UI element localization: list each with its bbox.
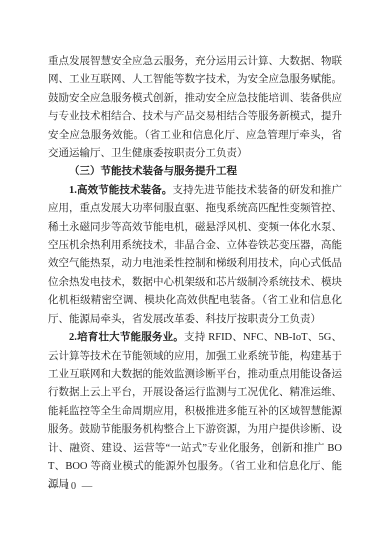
document-page: 重点发展智慧安全应急云服务，充分运用云计算、大数据、物联网、工业互联网、人工智能…	[0, 0, 390, 550]
paragraph-lead-text: 1.高效节能技术装备。	[69, 185, 172, 196]
page-number: — 10 —	[48, 481, 94, 492]
paragraph-text: 重点发展智慧安全应急云服务，充分运用云计算、大数据、物联网、工业互联网、人工智能…	[48, 56, 342, 159]
section-heading-energy-saving-project: （三）节能技术装备与服务提升工程	[48, 163, 342, 181]
paragraph-lead-text: 2.培育壮大节能服务业。	[69, 332, 184, 343]
paragraph-lead-text: （三）节能技术装备与服务提升工程	[69, 166, 237, 177]
page-footer: — 10 —	[48, 481, 94, 492]
paragraph-text: 支持 RFID、NFC、NB-IoT、5G、云计算等技术在节能领域的应用，加强工…	[48, 332, 342, 490]
paragraph-1-high-efficiency-energy-saving-equipment: 1.高效节能技术装备。支持先进节能技术装备的研发和推广应用，重点发展大功率伺服直…	[48, 182, 342, 329]
paragraph-text: 支持先进节能技术装备的研发和推广应用，重点发展大功率伺服直驱、拖曳系统高匹配性变…	[48, 185, 342, 325]
paragraph-safety-emergency-cloud-services: 重点发展智慧安全应急云服务，充分运用云计算、大数据、物联网、工业互联网、人工智能…	[48, 53, 342, 163]
paragraph-2-energy-saving-service-industry: 2.培育壮大节能服务业。支持 RFID、NFC、NB-IoT、5G、云计算等技术…	[48, 329, 342, 495]
document-body: 重点发展智慧安全应急云服务，充分运用云计算、大数据、物联网、工业互联网、人工智能…	[48, 53, 342, 495]
